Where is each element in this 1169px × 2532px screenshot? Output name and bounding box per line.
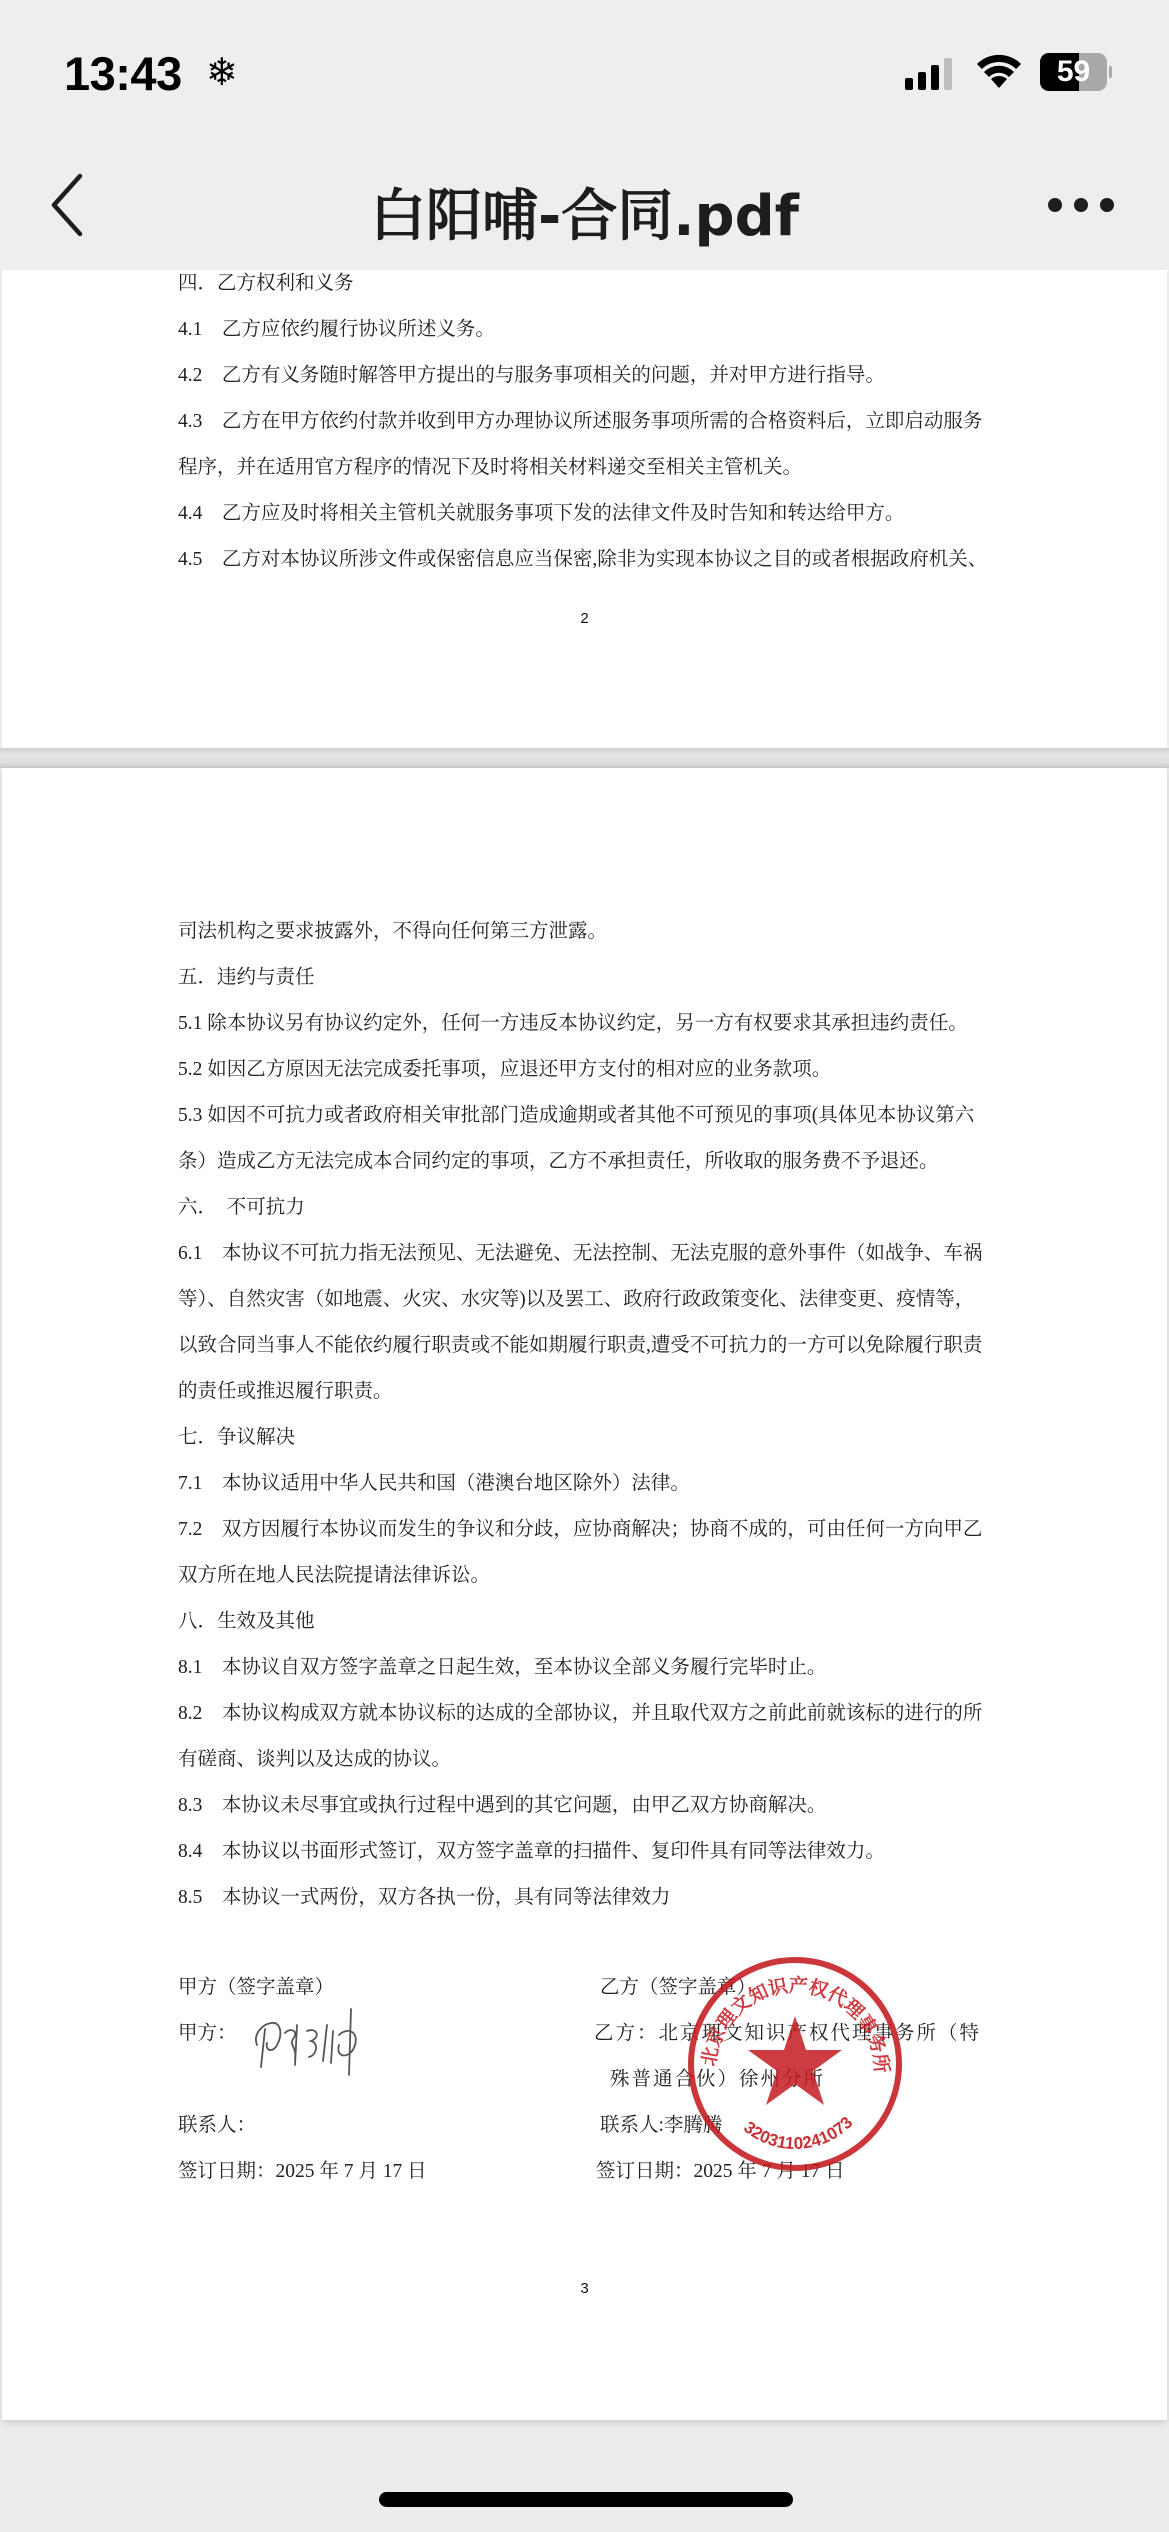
clause-line: 4.4 乙方应及时将相关主管机关就服务事项下发的法律文件及时告知和转达给甲方。	[178, 500, 904, 528]
ellipsis-dot	[1074, 198, 1088, 212]
page-number: 2	[2, 610, 1167, 627]
clause-line: 程序，并在适用官方程序的情况下及时将相关材料递交至相关主管机关。	[178, 454, 802, 482]
clause-line: 等）、自然灾害（如地震、火灾、水灾等)以及罢工、政府行政政策变化、法律变更、疫情…	[178, 1286, 974, 1314]
battery-percent: 59	[1040, 53, 1107, 91]
more-options-button[interactable]	[1048, 192, 1114, 218]
handwritten-signature	[247, 2005, 377, 2085]
section-heading: 六． 不可抗力	[178, 1194, 305, 1222]
page-separator	[0, 748, 1169, 768]
clause-line: 的责任或推迟履行职责。	[178, 1378, 393, 1406]
ellipsis-dot	[1100, 198, 1114, 212]
status-bar: 13:43 ❄ 59	[0, 0, 1169, 140]
section-heading: 八．生效及其他	[178, 1608, 315, 1636]
clause-line: 4.5 乙方对本协议所涉文件或保密信息应当保密,除非为实现本协议之目的或者根据政…	[178, 546, 987, 574]
clause-line: 8.4 本协议以书面形式签订，双方签字盖章的扫描件、复印件具有同等法律效力。	[178, 1838, 885, 1866]
party-a-header: 甲方（签字盖章）	[178, 1974, 334, 2002]
pdf-page-2[interactable]: 四．乙方权利和义务 4.1 乙方应依约履行协议所述义务。 4.2 乙方有义务随时…	[2, 270, 1167, 748]
clause-line: 7.2 双方因履行本协议而发生的争议和分歧，应协商解决；协商不成的，可由任何一方…	[178, 1516, 982, 1544]
section-heading: 五．违约与责任	[178, 964, 315, 992]
battery-icon: 59	[1040, 53, 1112, 91]
party-a-name-label: 甲方：	[178, 2020, 237, 2048]
clause-line: 有磋商、谈判以及达成的协议。	[178, 1746, 451, 1774]
clause-line: 双方所在地人民法院提请法律诉讼。	[178, 1562, 490, 1590]
clause-line: 5.1 除本协议另有协议约定外，任何一方违反本协议约定，另一方有权要求其承担违约…	[178, 1010, 968, 1038]
cellular-signal-icon	[905, 58, 953, 90]
nav-bar: 白阳哺-合同.pdf	[0, 140, 1169, 270]
wifi-icon	[975, 52, 1023, 90]
company-seal-stamp: 北京理文知识产权代理事务所(特殊普通合伙)徐州分所 3203110241073	[685, 1954, 905, 2174]
clause-line: 5.3 如因不可抗力或者政府相关审批部门造成逾期或者其他不可预见的事项(具体见本…	[178, 1102, 974, 1130]
clause-line: 7.1 本协议适用中华人民共和国（港澳台地区除外）法律。	[178, 1470, 690, 1498]
clause-line: 5.2 如因乙方原因无法完成委托事项，应退还甲方支付的相对应的业务款项。	[178, 1056, 831, 1084]
clause-line: 8.3 本协议未尽事宜或执行过程中遇到的其它问题，由甲乙双方协商解决。	[178, 1792, 826, 1820]
snowflake-icon: ❄	[206, 50, 238, 94]
clause-line: 司法机构之要求披露外，不得向任何第三方泄露。	[178, 918, 607, 946]
clause-line: 8.5 本协议一式两份，双方各执一份，具有同等法律效力	[178, 1884, 670, 1912]
status-time: 13:43	[64, 46, 182, 101]
section-heading: 四．乙方权利和义务	[178, 270, 354, 298]
clause-line: 6.1 本协议不可抗力指无法预见、无法避免、无法控制、无法克服的意外事件（如战争…	[178, 1240, 982, 1268]
svg-text:3203110241073: 3203110241073	[740, 2113, 856, 2153]
clause-line: 4.1 乙方应依约履行协议所述义务。	[178, 316, 495, 344]
party-a-contact: 联系人：	[178, 2112, 256, 2140]
document-title: 白阳哺-合同.pdf	[0, 172, 1169, 252]
clause-line: 4.3 乙方在甲方依约付款并收到甲方办理协议所述服务事项所需的合格资料后，立即启…	[178, 408, 982, 436]
clause-line: 条）造成乙方无法完成本合同约定的事项，乙方不承担责任，所收取的服务费不予退还。	[178, 1148, 939, 1176]
home-indicator[interactable]	[379, 2492, 793, 2507]
ellipsis-icon	[1048, 198, 1062, 212]
page-number: 3	[2, 2280, 1167, 2297]
clause-line: 4.2 乙方有义务随时解答甲方提出的与服务事项相关的问题，并对甲方进行指导。	[178, 362, 885, 390]
clause-line: 以致合同当事人不能依约履行职责或不能如期履行职责,遭受不可抗力的一方可以免除履行…	[178, 1332, 982, 1360]
party-a-date: 签订日期：2025 年 7 月 17 日	[178, 2158, 427, 2186]
clause-line: 8.2 本协议构成双方就本协议标的达成的全部协议，并且取代双方之前此前就该标的进…	[178, 1700, 982, 1728]
section-heading: 七．争议解决	[178, 1424, 295, 1452]
clause-line: 8.1 本协议自双方签字盖章之日起生效，至本协议全部义务履行完毕时止。	[178, 1654, 826, 1682]
pdf-page-3[interactable]: 司法机构之要求披露外，不得向任何第三方泄露。 五．违约与责任 5.1 除本协议另…	[2, 768, 1167, 2420]
